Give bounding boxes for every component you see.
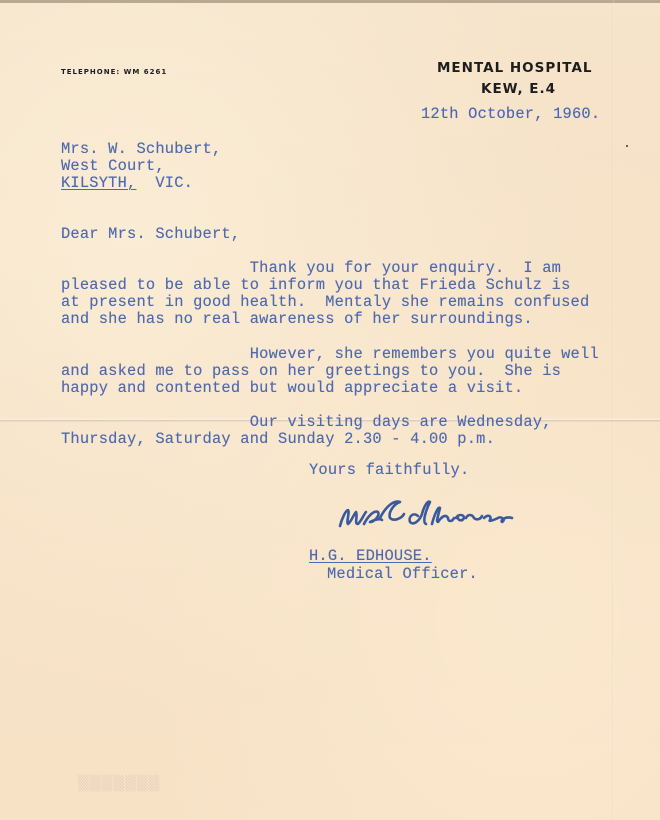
recipient-name: Mrs. W. Schubert, — [61, 141, 221, 158]
paragraph-health: Thank you for your enquiry. I am pleased… — [61, 260, 589, 328]
signer-name: H.G. EDHOUSE. — [309, 548, 432, 565]
letterhead-institution: MENTAL HOSPITAL — [437, 60, 593, 76]
letterhead-location: KEW, E.4 — [481, 81, 556, 97]
page-top-edge — [0, 0, 660, 3]
recipient-town-line: KILSYTH, VIC. — [61, 175, 193, 192]
vertical-crease — [612, 0, 614, 820]
salutation: Dear Mrs. Schubert, — [61, 226, 240, 243]
closing: Yours faithfully. — [309, 462, 469, 479]
recipient-street: West Court, — [61, 158, 165, 175]
recipient-town: KILSYTH, — [61, 174, 137, 192]
letter-date: 12th October, 1960. — [421, 106, 600, 123]
signer-title: Medical Officer. — [327, 566, 478, 583]
recipient-state: VIC. — [155, 174, 193, 192]
letterhead-telephone: TELEPHONE: WM 6261 — [61, 68, 167, 76]
paragraph-visiting-days: Our visiting days are Wednesday, Thursda… — [61, 414, 552, 448]
signature-icon — [334, 496, 524, 534]
paragraph-greetings: However, she remembers you quite well an… — [61, 346, 599, 397]
ink-speck — [626, 145, 628, 147]
letter-page: TELEPHONE: WM 6261 MENTAL HOSPITAL KEW, … — [0, 0, 660, 820]
signer-name-text: H.G. EDHOUSE. — [309, 547, 432, 565]
bleed-through-mark: ▒▒▒▒▒▒▒ — [78, 776, 160, 792]
